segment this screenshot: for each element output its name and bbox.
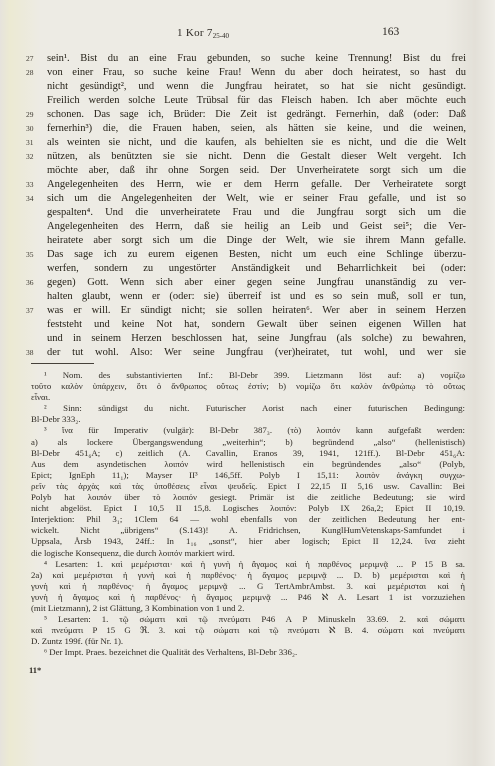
text-line: Freilich werden solche Leute Trübsal für… <box>47 94 466 108</box>
running-title: 1 Kor 725-40 <box>177 27 229 40</box>
line-text: schonen. Das sage ich, Brüder: Die Zeit … <box>47 109 466 120</box>
footnote-line: Uppsala, Årsb 1943, 24ff.: In 1₁₆ „sonst… <box>31 536 465 547</box>
verse-number: 32 <box>26 153 41 161</box>
verse-number: 28 <box>26 69 41 77</box>
printers-mark: 11* <box>29 665 41 675</box>
line-text: heiratete aber sorgt sich um die Dinge d… <box>47 235 466 246</box>
text-line: 29schonen. Das sage ich, Brüder: Die Zei… <box>47 108 466 122</box>
footnote-line: (mit Lietzmann), 2 ist Glättung, 3 Kombi… <box>31 603 465 614</box>
footnote-2: ² Sinn: sündigst du nicht. Futurischer A… <box>31 403 465 425</box>
line-text: und in seinem Herzen beschlossen hat, se… <box>47 333 466 344</box>
line-text: sich um die Angelegenheiten der Welt, wi… <box>47 193 466 204</box>
footnote-line: Bl-Debr 333₂. <box>31 414 465 425</box>
footnote-line: ³ ἵνα für Imperativ (vulgär): Bl-Debr 38… <box>31 425 465 436</box>
line-text: feststeht und keine Not hat, sondern Gew… <box>47 319 466 330</box>
footnote-line: γυνὴ ἡ ἄγαμος καὶ ἡ παρθένος· ἡ ἄγαμος μ… <box>31 592 465 603</box>
footnote-line: Polyb hat λοιπόν über τὸ λοιπόν gesiegt.… <box>31 492 465 503</box>
page-number: 163 <box>382 26 399 38</box>
footnote-line: ρεῖν τὰς ἀρχὰς καὶ τὰς ὑποθέσεις εἶναι ψ… <box>31 481 465 492</box>
footnote-3: ³ ἵνα für Imperativ (vulgär): Bl-Debr 38… <box>31 425 465 558</box>
footnote-line: nicht abgelöst. Epict I 10,5 II 15,8. Lo… <box>31 503 465 514</box>
footnotes-section: ¹ Nom. des substantivierten Inf.: Bl-Deb… <box>31 370 465 658</box>
line-text: werfen, sondern zu ungestörter Anständig… <box>47 263 466 274</box>
text-line: gespalten⁴. Und die unverheiratete Frau … <box>47 206 466 220</box>
text-line: 34sich um die Angelegenheiten der Welt, … <box>47 192 466 206</box>
text-line: und in seinem Herzen beschlossen hat, se… <box>47 332 466 346</box>
footnote-line: γυνὴ καὶ ἡ παρθένος· ἡ ἄγαμος μεριμνᾷ ..… <box>31 581 465 592</box>
line-text: als weinten sie nicht, und die kaufen, a… <box>47 137 466 148</box>
footnote-6: ⁶ Der Impt. Praes. bezeichnet die Qualit… <box>31 647 465 658</box>
verse-number: 33 <box>26 181 41 189</box>
text-line: heiratete aber sorgt sich um die Dinge d… <box>47 234 466 248</box>
footnote-separator <box>31 363 94 364</box>
text-line: nicht gesündigt², und wenn die Jungfrau … <box>47 80 466 94</box>
running-title-text: 1 Kor 7 <box>177 27 213 39</box>
verse-number: 29 <box>26 111 41 119</box>
line-text: Angelegenheiten des Herrn, wie er dem He… <box>47 179 466 190</box>
line-text: Das sage ich zu eurem eigenen Besten, ni… <box>47 249 466 260</box>
book-page: 1 Kor 725-40 163 27sein¹. Bist du an ein… <box>0 0 495 766</box>
verse-number: 31 <box>26 139 41 147</box>
text-line: möchte aber, daß ihr ohne Sorgen seid. D… <box>47 164 466 178</box>
footnote-5: ⁵ Lesarten: 1. τῷ σώματι καὶ τῷ πνεύματι… <box>31 614 465 647</box>
line-text: Freilich werden solche Leute Trübsal für… <box>47 95 466 106</box>
footnote-1: ¹ Nom. des substantivierten Inf.: Bl-Deb… <box>31 370 465 403</box>
footnote-line: ⁶ Der Impt. Praes. bezeichnet die Qualit… <box>31 647 465 658</box>
verse-number: 35 <box>26 251 41 259</box>
text-line: 30fernerhin³) die, die Frauen haben, sei… <box>47 122 466 136</box>
verse-number: 34 <box>26 195 41 203</box>
text-line: 38der tut wohl. Also: Wer seine Jungfrau… <box>47 346 466 360</box>
line-text: nicht gesündigt², und wenn die Jungfrau … <box>47 81 466 92</box>
line-text: gespalten⁴. Und die unverheiratete Frau … <box>47 207 466 218</box>
footnote-line: Aus dem asyndetischen λοιπόν wird hellen… <box>31 459 465 470</box>
footnote-line: die logische Konsequenz, die durch λοιπό… <box>31 548 465 559</box>
line-text: nützen, als benützten sie sie nicht. Den… <box>47 151 466 162</box>
verse-number: 30 <box>26 125 41 133</box>
line-text: halten glaubt, wenn er (oder: sie) überr… <box>47 291 466 302</box>
footnote-line: εἶναι. <box>31 392 465 403</box>
line-text: was er will. Er sündigt nicht; sie solle… <box>47 305 466 316</box>
verse-number: 27 <box>26 55 41 63</box>
text-line: Angelegenheiten des Herrn, daß sie heili… <box>47 220 466 234</box>
line-text: von einer Frau, so suche keine Frau! Wen… <box>47 67 466 78</box>
footnote-line: ² Sinn: sündigst du nicht. Futurischer A… <box>31 403 465 414</box>
text-line: 27sein¹. Bist du an eine Frau gebunden, … <box>47 52 466 66</box>
footnote-line: wickelt. Nicht „übrigens“ (S.143)! A. Fr… <box>31 525 465 536</box>
line-text: Angelegenheiten des Herrn, daß sie heili… <box>47 221 466 232</box>
line-text: möchte aber, daß ihr ohne Sorgen seid. D… <box>47 165 466 176</box>
text-line: 36gegen) Gott. Wenn sich aber einer gege… <box>47 276 466 290</box>
footnote-line: ⁵ Lesarten: 1. τῷ σώματι καὶ τῷ πνεύματι… <box>31 614 465 625</box>
footnote-line: ⁴ Lesarten: 1. καὶ μεμέρισται· καὶ ἡ γυν… <box>31 559 465 570</box>
footnote-line: 2a) καὶ μεμέρισται ἡ γυνὴ καὶ ἡ παρθένος… <box>31 570 465 581</box>
text-line: 33Angelegenheiten des Herrn, wie er dem … <box>47 178 466 192</box>
verse-number: 37 <box>26 307 41 315</box>
footnote-line: a) als lockere Übergangswendung „weiterh… <box>31 437 465 448</box>
text-line: feststeht und keine Not hat, sondern Gew… <box>47 318 466 332</box>
line-text: gegen) Gott. Wenn sich aber einer gegen … <box>47 277 466 288</box>
footnote-line: Epict; IgnEph 11₁); Mayser II³ 146,5ff. … <box>31 470 465 481</box>
verse-number: 36 <box>26 279 41 287</box>
text-line: 32nützen, als benützten sie sie nicht. D… <box>47 150 466 164</box>
text-line: 31als weinten sie nicht, und die kaufen,… <box>47 136 466 150</box>
text-line: 28von einer Frau, so suche keine Frau! W… <box>47 66 466 80</box>
footnote-4: ⁴ Lesarten: 1. καὶ μεμέρισται· καὶ ἡ γυν… <box>31 559 465 614</box>
page-header: 1 Kor 725-40 163 <box>0 27 495 42</box>
footnote-line: Bl-Debr 451₆A; c) zeitlich (A. Cavallin,… <box>31 448 465 459</box>
footnote-line: καὶ πνεύματι P 15 G ℜ. 3. καὶ τῷ σώματι … <box>31 625 465 636</box>
text-line: halten glaubt, wenn er (oder: sie) überr… <box>47 290 466 304</box>
footnote-line: D. Zuntz 199f. (für Nr. 1). <box>31 636 465 647</box>
line-text: sein¹. Bist du an eine Frau gebunden, so… <box>47 53 466 64</box>
footnote-line: τοῦτο καλὸν ὑπάρχειν, ὅτι ὁ ἄνθρωπος οὕτ… <box>31 381 465 392</box>
text-line: 37was er will. Er sündigt nicht; sie sol… <box>47 304 466 318</box>
text-line: werfen, sondern zu ungestörter Anständig… <box>47 262 466 276</box>
line-text: der tut wohl. Also: Wer seine Jungfrau (… <box>47 347 466 358</box>
running-title-verse-range: 25-40 <box>213 32 229 40</box>
main-text: 27sein¹. Bist du an eine Frau gebunden, … <box>47 52 466 360</box>
verse-number: 38 <box>26 349 41 357</box>
footnote-line: Interjektion: Phil 3₁; 1Clem 64 — wohl e… <box>31 514 465 525</box>
text-line: 35Das sage ich zu eurem eigenen Besten, … <box>47 248 466 262</box>
footnote-line: ¹ Nom. des substantivierten Inf.: Bl-Deb… <box>31 370 465 381</box>
line-text: fernerhin³) die, die Frauen haben, seien… <box>47 123 466 134</box>
